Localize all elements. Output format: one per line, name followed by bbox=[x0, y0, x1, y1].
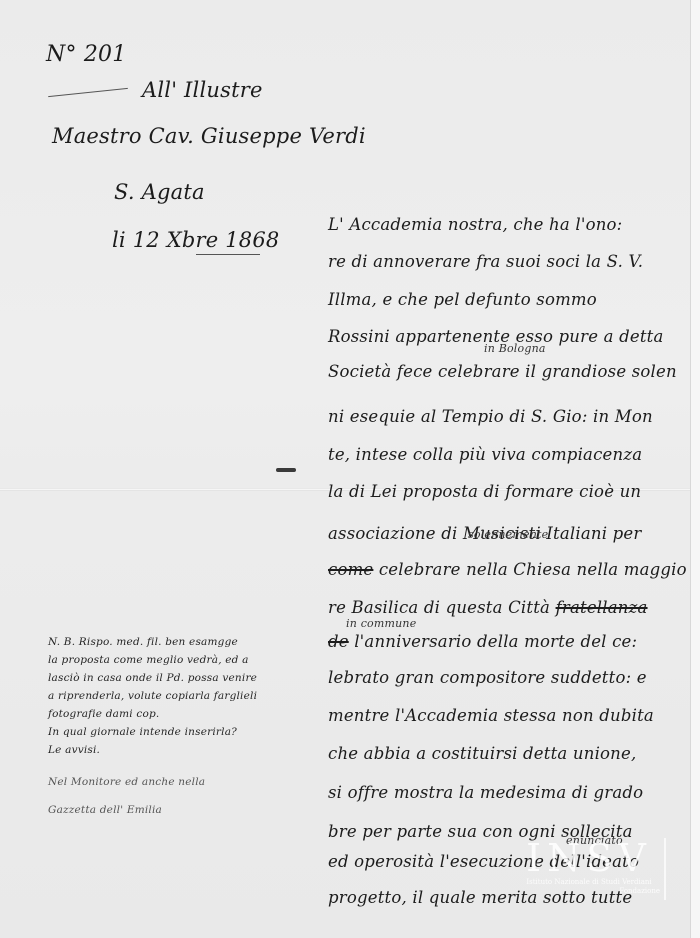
date-underline bbox=[196, 254, 260, 255]
body-line: l'anniversario della morte del ce: bbox=[354, 632, 637, 651]
date: li 12 Xbre 1868 bbox=[112, 228, 279, 252]
struck-word: come bbox=[328, 560, 373, 579]
watermark-logo: INSV bbox=[514, 838, 664, 878]
body-line: si offre mostra la medesima di grado bbox=[328, 783, 643, 802]
body-line: te, intese colla più viva compiacenza bbox=[328, 445, 642, 464]
body-line: celebrare nella Chiesa nella maggio bbox=[379, 560, 687, 579]
margin-note-line: lasciò in casa onde il Pd. possa venire bbox=[48, 672, 257, 684]
insertion: in Bologna bbox=[484, 342, 546, 355]
watermark-line1: Istituto Nazionale di Studi Verdiani bbox=[514, 878, 664, 887]
addressee: Maestro Cav. Giuseppe Verdi bbox=[52, 124, 366, 148]
body-line-struck: de l'anniversario della morte del ce: bbox=[328, 632, 637, 651]
scan-edge bbox=[690, 0, 700, 938]
watermark-line2: Fondazione bbox=[514, 887, 664, 896]
place: S. Agata bbox=[114, 180, 205, 204]
struck-word: de bbox=[328, 632, 349, 651]
margin-note-line: N. B. Rispo. med. fil. ben esamgge bbox=[48, 636, 238, 648]
margin-note-line: Le avvisi. bbox=[48, 744, 100, 756]
institution-watermark: INSV Istituto Nazionale di Studi Verdian… bbox=[514, 838, 666, 900]
margin-note-line: In qual giornale intende inserirla? bbox=[48, 726, 237, 738]
margin-note-line: la proposta come meglio vedrà, ed a bbox=[48, 654, 249, 666]
body-line: re Basilica di questa Città bbox=[328, 598, 550, 617]
body-line: la di Lei proposta di formare cioè un bbox=[328, 482, 641, 501]
insertion: in commune bbox=[346, 617, 416, 630]
body-line: mentre l'Accademia stessa non dubita bbox=[328, 706, 654, 725]
ink-smudge bbox=[276, 468, 296, 472]
struck-word: fratellanza bbox=[556, 598, 648, 617]
salutation: All' Illustre bbox=[142, 78, 263, 102]
margin-note-reply: Gazzetta dell' Emilia bbox=[48, 804, 162, 816]
protocol-underline bbox=[48, 88, 128, 97]
body-line: che abbia a costituirsi detta unione, bbox=[328, 744, 636, 763]
margin-note-line: a riprenderla, volute copiarla farglieli bbox=[48, 690, 257, 702]
body-line: Società fece celebrare il grandiose sole… bbox=[328, 362, 677, 381]
body-line: ni esequie al Tempio di S. Gio: in Mon bbox=[328, 407, 653, 426]
insertion: solennemente bbox=[468, 528, 548, 541]
letter-page: N° 201 All' Illustre Maestro Cav. Giusep… bbox=[0, 0, 690, 938]
protocol-number: N° 201 bbox=[46, 42, 126, 67]
margin-note-line: fotografie dami cop. bbox=[48, 708, 159, 720]
body-line: L' Accademia nostra, che ha l'ono: bbox=[328, 215, 622, 234]
body-line: re di annoverare fra suoi soci la S. V. bbox=[328, 252, 643, 271]
margin-note-reply: Nel Monitore ed anche nella bbox=[48, 776, 205, 788]
body-line: lebrato gran compositore suddetto: e bbox=[328, 668, 647, 687]
body-line-struck: re Basilica di questa Città fratellanza bbox=[328, 598, 648, 617]
body-line: Illma, e che pel defunto sommo bbox=[328, 290, 597, 309]
body-line-struck: come celebrare nella Chiesa nella maggio bbox=[328, 560, 687, 579]
